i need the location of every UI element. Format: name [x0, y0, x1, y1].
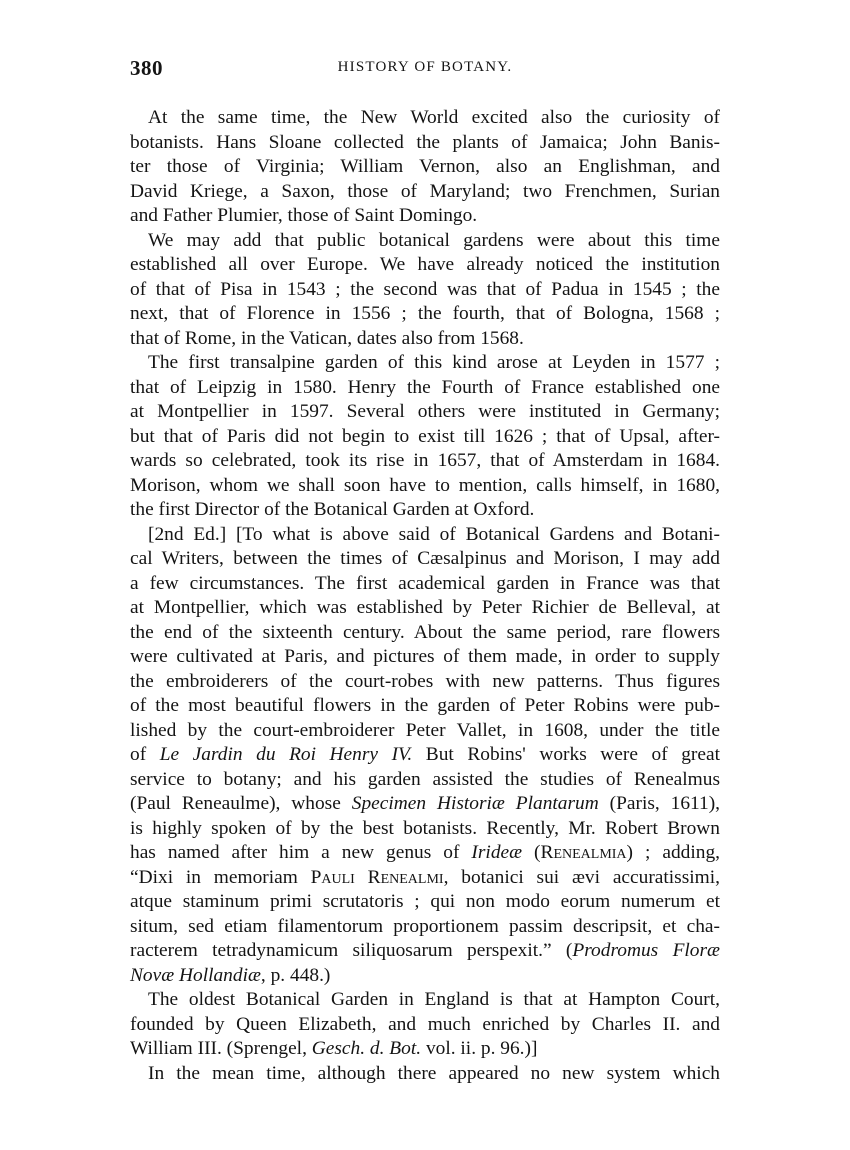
text-run: , botanici sui ævi accuratissimi,: [444, 867, 720, 888]
text-line: the embroiderers of the court-robes with…: [130, 670, 720, 695]
paragraph-transalpine-gardens: The first transalpine garden of this kin…: [130, 351, 720, 523]
text-line: racterem tetradynamicum siliquosarum per…: [130, 939, 720, 964]
text-line: but that of Paris did not begin to exist…: [130, 425, 720, 450]
small-caps-name: Pauli Renealmi: [311, 867, 444, 888]
text-line: wards so celebrated, took its rise in 16…: [130, 449, 720, 474]
text-line: atque staminum primi scrutatoris ; qui n…: [130, 890, 720, 915]
text-run: has named after him a new genus of: [130, 842, 471, 863]
text-line: David Kriege, a Saxon, those of Maryland…: [130, 180, 720, 205]
text-run: (Paul Reneaulme), whose: [130, 793, 352, 814]
text-run: , p. 448.): [261, 965, 330, 986]
text-line: that of Leipzig in 1580. Henry the Fourt…: [130, 376, 720, 401]
text-run: (Paris, 1611),: [599, 793, 720, 814]
text-line: service to botany; and his garden assist…: [130, 768, 720, 793]
text-line: at Montpellier, which was established by…: [130, 596, 720, 621]
text-line: next, that of Florence in 1556 ; the fou…: [130, 302, 720, 327]
paragraph-continues: In the mean time, although there appeare…: [130, 1062, 720, 1087]
text-line: ter those of Virginia; William Vernon, a…: [130, 155, 720, 180]
text-line: at Montpellier in 1597. Several others w…: [130, 400, 720, 425]
text-line: the first Director of the Botanical Gard…: [130, 498, 720, 523]
italic-title: Prodromus Floræ: [572, 940, 720, 961]
page-body: At the same time, the New World excited …: [130, 106, 720, 1086]
text-run: of: [130, 744, 160, 765]
text-line: of that of Pisa in 1543 ; the second was…: [130, 278, 720, 303]
text-line: is highly spoken of by the best botanist…: [130, 817, 720, 842]
running-header: 380 HISTORY OF BOTANY.: [130, 56, 720, 86]
small-caps-genus: Renealmia: [541, 842, 627, 863]
paragraph-second-edition-note: [2nd Ed.] [To what is above said of Bota…: [130, 523, 720, 989]
running-title: HISTORY OF BOTANY.: [130, 59, 720, 76]
text-line: a few circumstances. The first academica…: [130, 572, 720, 597]
text-line: “Dixi in memoriam Pauli Renealmi, botani…: [130, 866, 720, 891]
text-line: of Le Jardin du Roi Henry IV. But Robins…: [130, 743, 720, 768]
text-run: But Robins' works were of great: [412, 744, 720, 765]
text-line: and Father Plumier, those of Saint Domin…: [130, 204, 720, 229]
text-run: vol. ii. p. 96.)]: [421, 1038, 537, 1059]
text-line: established all over Europe. We have alr…: [130, 253, 720, 278]
text-line: The oldest Botanical Garden in England i…: [130, 988, 720, 1013]
text-run: (: [522, 842, 540, 863]
text-line: botanists. Hans Sloane collected the pla…: [130, 131, 720, 156]
text-line: In the mean time, although there appeare…: [130, 1062, 720, 1087]
text-run: “Dixi in memoriam: [130, 867, 311, 888]
text-line: [2nd Ed.] [To what is above said of Bota…: [130, 523, 720, 548]
text-line: Morison, whom we shall soon have to ment…: [130, 474, 720, 499]
text-line: lished by the court-embroiderer Peter Va…: [130, 719, 720, 744]
text-line: that of Rome, in the Vatican, dates also…: [130, 327, 720, 352]
text-line: William III. (Sprengel, Gesch. d. Bot. v…: [130, 1037, 720, 1062]
text-line: were cultivated at Paris, and pictures o…: [130, 645, 720, 670]
text-run: ) ; adding,: [627, 842, 720, 863]
text-line: situm, sed etiam filamentorum proportion…: [130, 915, 720, 940]
italic-genus: Irideæ: [471, 842, 522, 863]
paragraph-hampton-court: The oldest Botanical Garden in England i…: [130, 988, 720, 1062]
text-run: racterem tetradynamicum siliquosarum per…: [130, 940, 572, 961]
text-run: William III. (Sprengel,: [130, 1038, 312, 1059]
text-line: (Paul Reneaulme), whose Specimen Histori…: [130, 792, 720, 817]
italic-title: Specimen Historiæ Plantarum: [352, 793, 599, 814]
text-line: of the most beautiful flowers in the gar…: [130, 694, 720, 719]
text-line: founded by Queen Elizabeth, and much enr…: [130, 1013, 720, 1038]
text-line: Novæ Hollandiæ, p. 448.): [130, 964, 720, 989]
paragraph-new-world-botanists: At the same time, the New World excited …: [130, 106, 720, 229]
text-line: At the same time, the New World excited …: [130, 106, 720, 131]
italic-title: Le Jardin du Roi Henry IV.: [160, 744, 413, 765]
text-line: We may add that public botanical gardens…: [130, 229, 720, 254]
book-page: 380 HISTORY OF BOTANY. At the same time,…: [130, 56, 720, 1086]
text-line: The first transalpine garden of this kin…: [130, 351, 720, 376]
italic-title: Gesch. d. Bot.: [312, 1038, 421, 1059]
text-line: the end of the sixteenth century. About …: [130, 621, 720, 646]
paragraph-public-gardens: We may add that public botanical gardens…: [130, 229, 720, 352]
italic-title: Novæ Hollandiæ: [130, 965, 261, 986]
text-line: has named after him a new genus of Iride…: [130, 841, 720, 866]
text-line: cal Writers, between the times of Cæsalp…: [130, 547, 720, 572]
